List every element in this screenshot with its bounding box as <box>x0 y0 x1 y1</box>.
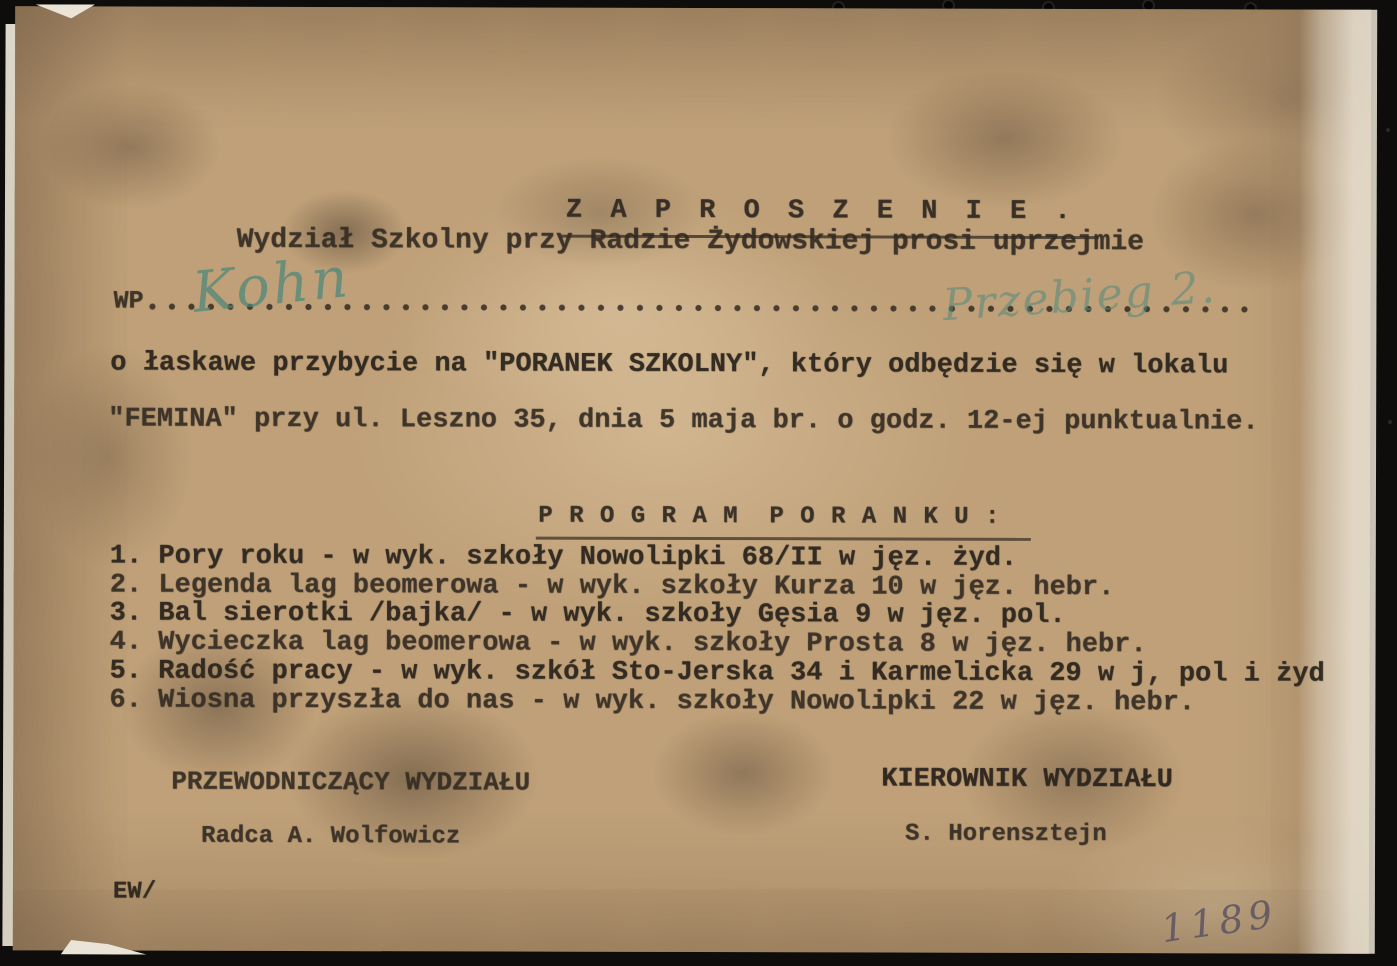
signature-left-name: Radca A. Wolfowicz <box>201 823 460 851</box>
addressee-prefix: WP <box>113 286 143 315</box>
signature-right-name: S. Horensztejn <box>905 821 1107 849</box>
program-item: 6. Wiosna przyszła do nas - w wyk. szkoł… <box>109 686 1324 718</box>
intro-line: Wydział Szkolny przy Radzie Żydowskiej p… <box>237 225 1144 258</box>
paper-chip <box>61 938 147 954</box>
signature-right-title: KIEROWNIK WYDZIAŁU <box>881 764 1173 795</box>
tissue-strip <box>1297 10 1377 954</box>
speck <box>1388 420 1392 424</box>
scan-backdrop: Z A P R O S Z E N I E . Wydział Szkolny … <box>0 0 1397 966</box>
program-item: 1. Pory roku - w wyk. szkoły Nowolipki 6… <box>110 542 1325 574</box>
handwritten-addressee-name: Kohn <box>190 245 354 326</box>
paper-chip <box>35 4 95 18</box>
body-line-1: o łaskawe przybycie na "PORANEK SZKOLNY"… <box>110 348 1228 381</box>
program-list: 1. Pory roku - w wyk. szkoły Nowolipki 6… <box>109 542 1325 717</box>
program-item: 5. Radość pracy - w wyk. szkół Sto-Jersk… <box>109 657 1324 689</box>
signature-left-title: PRZEWODNICZĄCY WYDZIAŁU <box>171 767 530 798</box>
invitation-sheet: Z A P R O S Z E N I E . Wydział Szkolny … <box>13 6 1371 954</box>
body-line-2: "FEMINA" przy ul. Leszno 35, dnia 5 maja… <box>108 404 1258 437</box>
program-item: 4. Wycieczka lag beomerowa - w wyk. szko… <box>110 629 1325 661</box>
handwritten-archive-number: 1189 <box>1158 892 1280 952</box>
speck <box>1386 128 1390 132</box>
handwritten-addressee-address: Przebieg 2. <box>941 262 1218 331</box>
program-heading-text: P R O G R A M P O R A N K U : <box>536 503 1030 541</box>
typist-initials: EW/ <box>113 878 156 905</box>
